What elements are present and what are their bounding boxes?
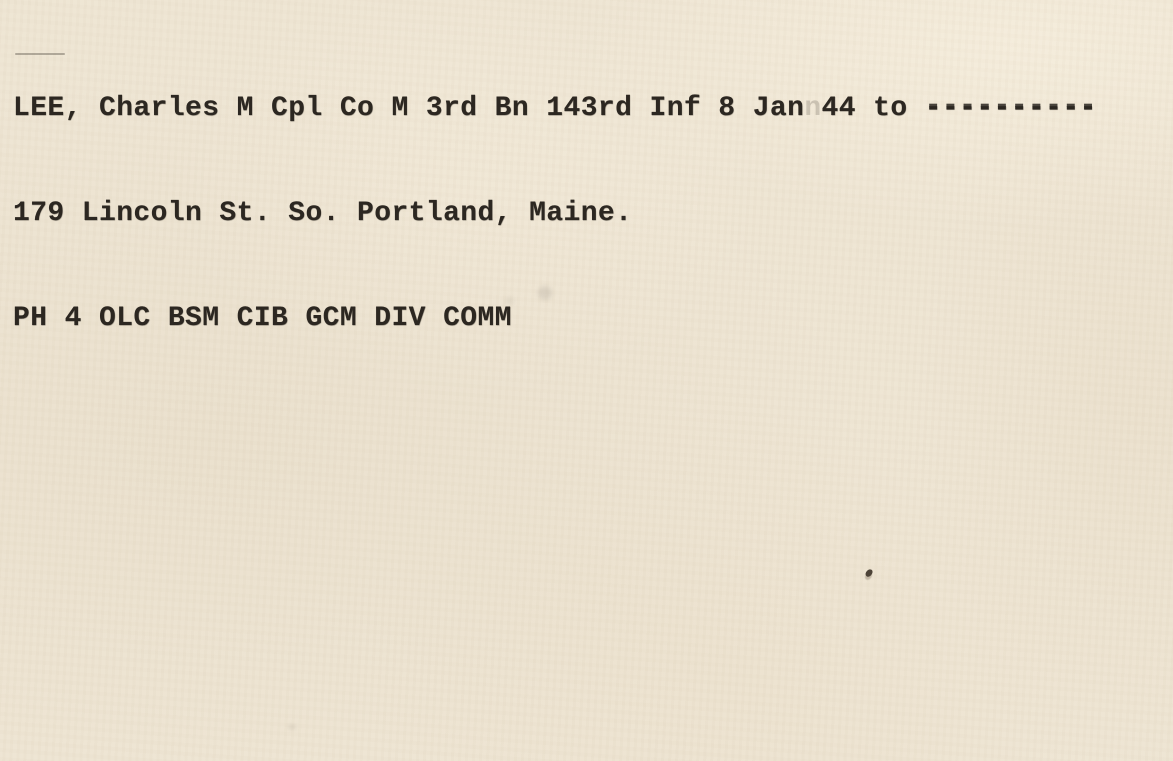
index-card-scan: LEE, Charles M Cpl Co M 3rd Bn 143rd Inf… bbox=[0, 0, 1173, 761]
awards-line: PH 4 OLC BSM CIB GCM DIV COMM bbox=[13, 301, 1097, 336]
dash-strikeout: ---------- bbox=[925, 93, 1097, 124]
address-line: 179 Lincoln St. So. Portland, Maine. bbox=[13, 196, 1097, 231]
awards-text: PH 4 OLC BSM CIB GCM DIV COMM bbox=[13, 303, 512, 334]
ink-speck bbox=[864, 568, 873, 578]
service-record-line: LEE, Charles M Cpl Co M 3rd Bn 143rd Inf… bbox=[13, 91, 1097, 126]
paper-smudge bbox=[288, 724, 296, 730]
ghost-character: n bbox=[804, 93, 821, 124]
typed-text-block: LEE, Charles M Cpl Co M 3rd Bn 143rd Inf… bbox=[13, 21, 1097, 406]
address-text: 179 Lincoln St. So. Portland, Maine. bbox=[13, 198, 632, 229]
service-record-date-text: 44 to bbox=[822, 93, 925, 124]
service-record-text: LEE, Charles M Cpl Co M 3rd Bn 143rd Inf… bbox=[13, 93, 804, 124]
